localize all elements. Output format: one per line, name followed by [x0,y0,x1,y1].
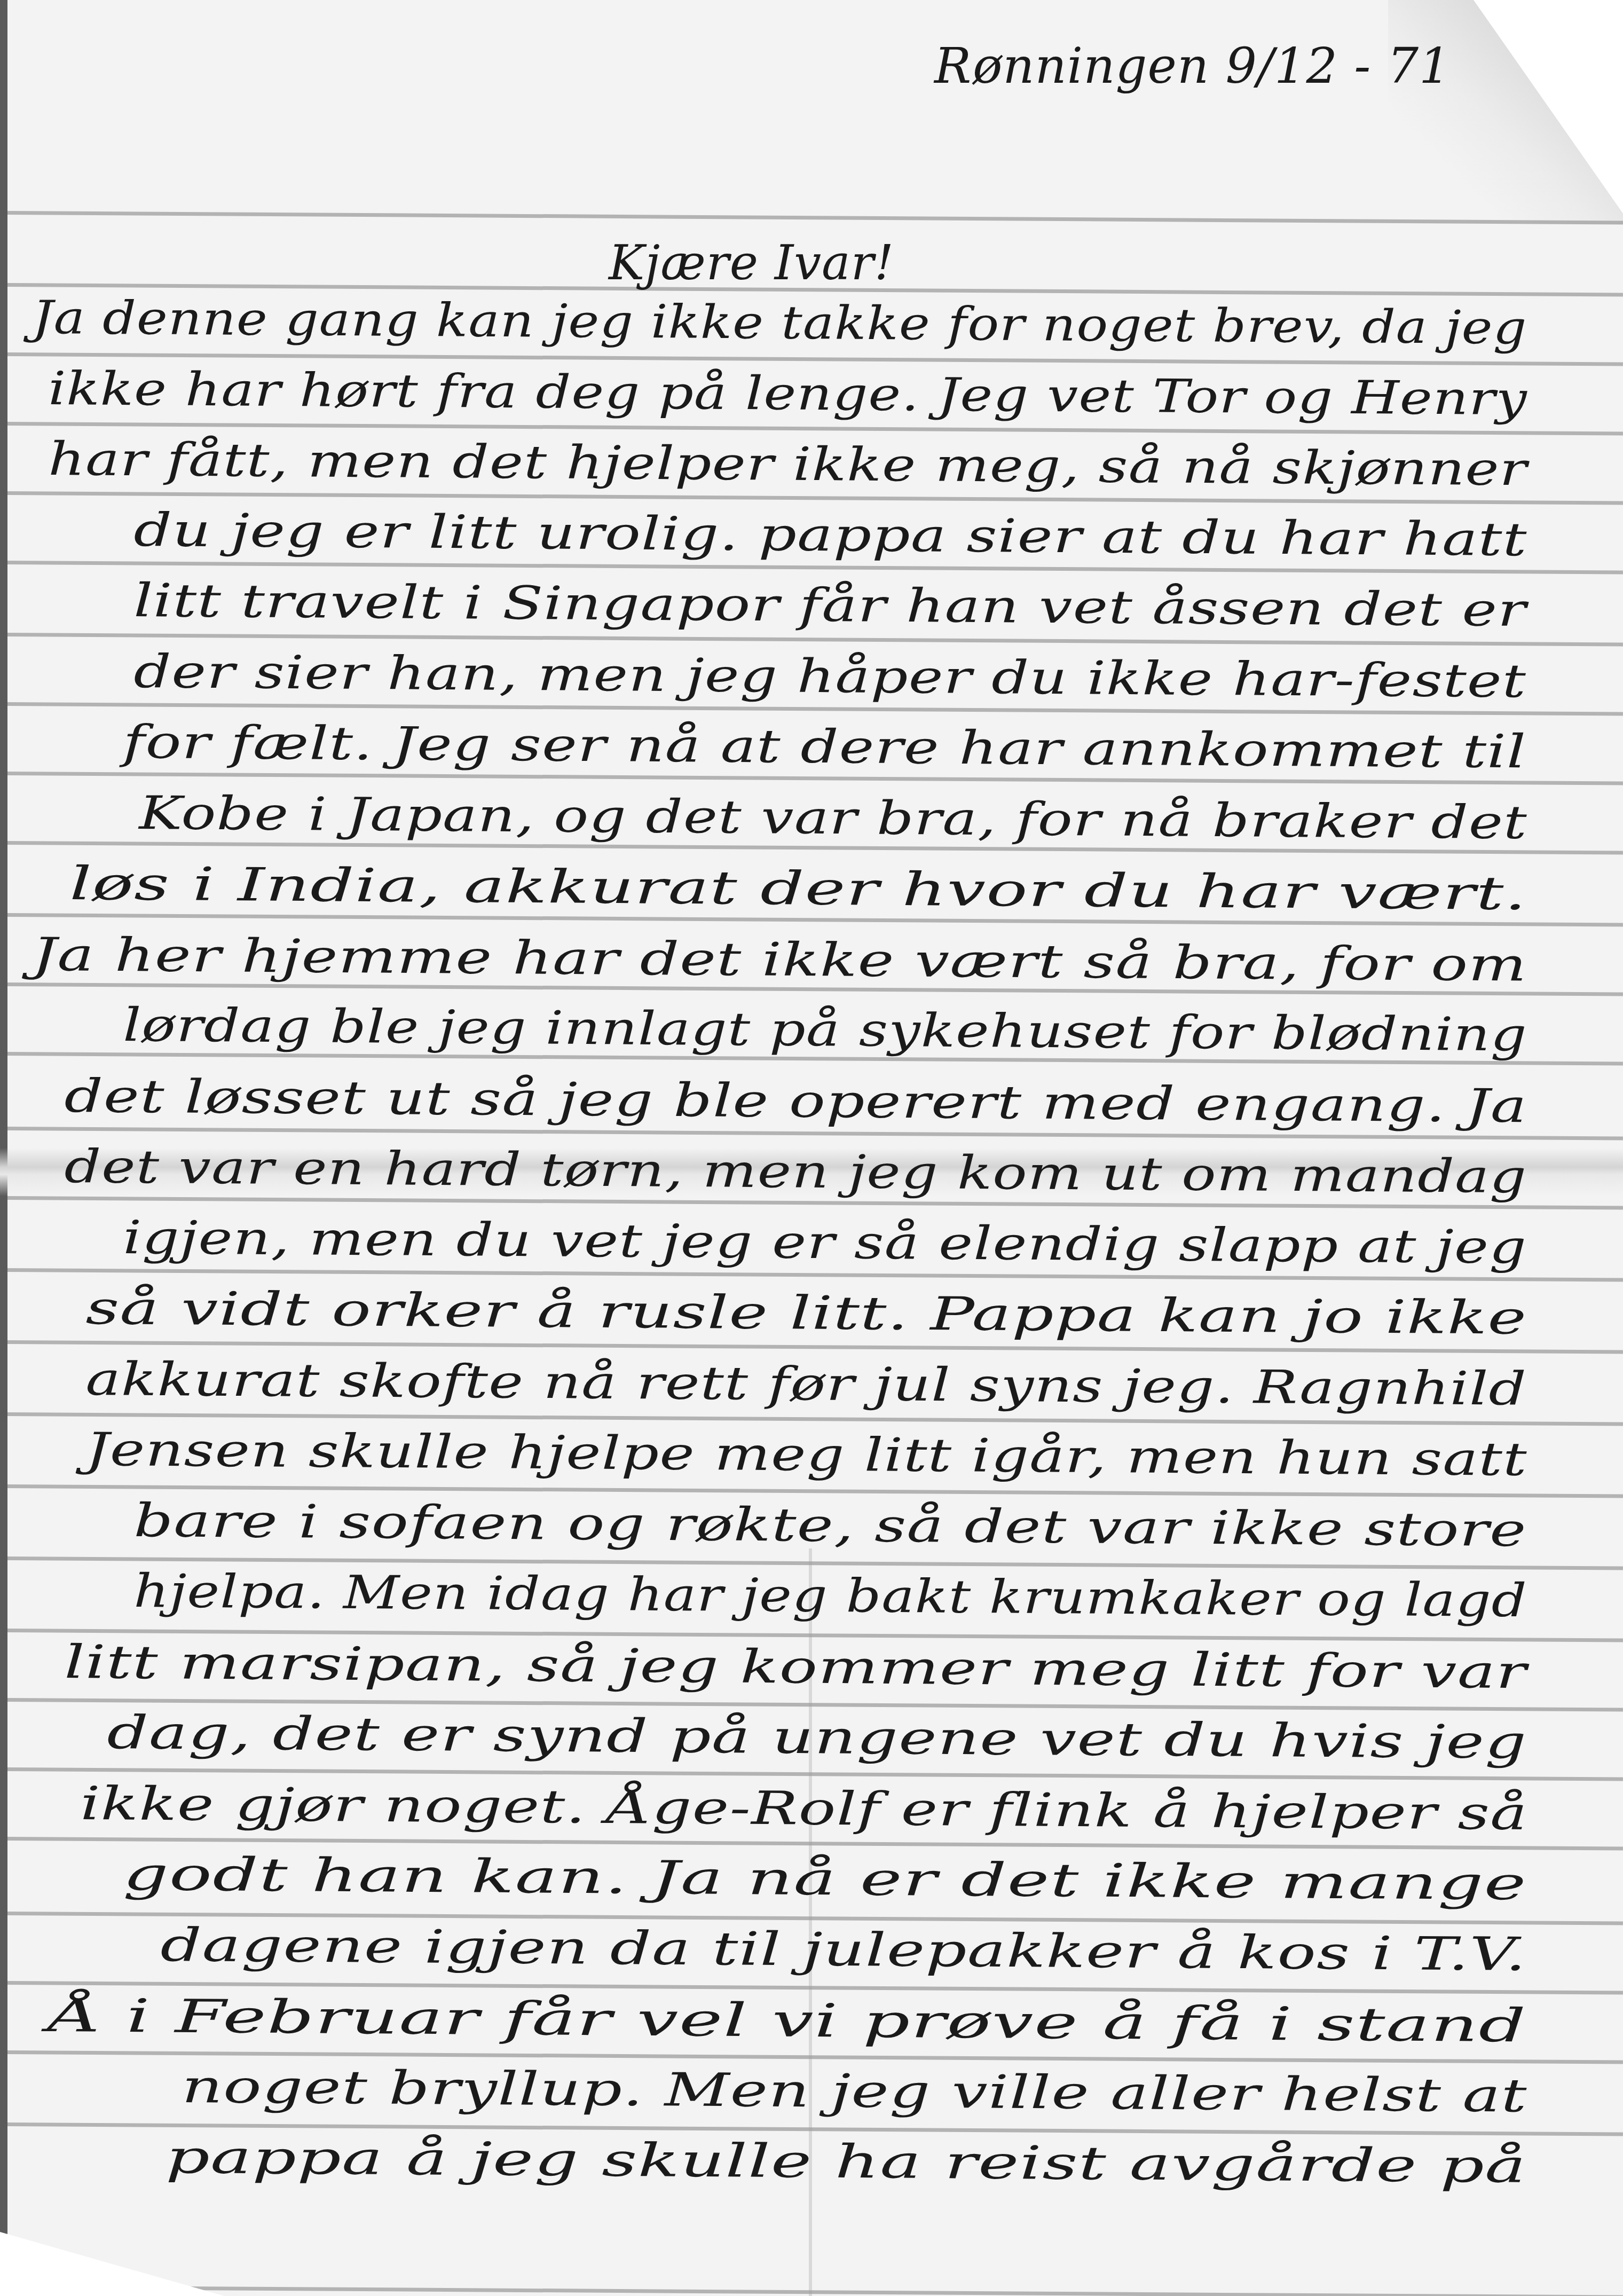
letter-line: Kobe i Japan, og det var bra, for nå bra… [139,787,1527,850]
letter-line: det løsset ut så jeg ble operert med eng… [64,1070,1527,1133]
letter-line: noget bryllup. Men jeg ville aller helst… [182,2060,1527,2123]
letter-line: igjen, men du vet jeg er så elendig slap… [123,1211,1527,1274]
letter-line: litt marsipan, så jeg kommer meg litt fo… [64,1635,1527,1699]
letter-line: lørdag ble jeg innlagt på sykehuset for … [123,998,1527,1061]
ruled-line [7,211,1623,224]
letter-line: løs i India, akkurat der hvor du har vær… [69,857,1527,921]
letter-line: bare i sofaen og røkte, så det var ikke … [133,1494,1527,1557]
letter-line: du jeg er litt urolig. pappa sier at du … [133,504,1527,567]
ruled-line [7,2285,1623,2296]
folded-corner [1388,0,1623,224]
letter-line: dag, det er synd på ungene vet du hvis j… [107,1706,1527,1770]
letter-line: for fælt. Jeg ser nå at dere har annkomm… [123,715,1526,779]
letter-line: det var en hard tørn, men jeg kom ut om … [64,1140,1527,1204]
letter-line: Å i Februar får vel vi prøve å få i stan… [48,1989,1527,2053]
letter-line: Ja denne gang kan jeg ikke takke for nog… [32,291,1527,355]
letter-line: hjelpa. Men idag har jeg bakt krumkaker … [133,1564,1527,1627]
letter-line: har fått, men det hjelper ikke meg, så n… [48,433,1527,496]
letter-line: ikke gjør noget. Åge-Rolf er flink å hje… [80,1777,1528,1841]
letter-line: pappa å jeg skulle ha reist avgårde på [166,2130,1527,2193]
letter-line: Ja her hjemme har det ikke vært så bra, … [32,928,1527,992]
letter-line: litt travelt i Singapor får han vet åsse… [133,574,1527,637]
letter-line: ikke har hørt fra deg på lenge. Jeg vet … [48,362,1527,426]
letter-sheet: Rønningen 9/12 - 71 Kjære Ivar! Ja denne… [0,0,1623,2296]
letter-line: akkurat skofte nå rett før jul syns jeg.… [85,1353,1527,1416]
letter-line: så vidt orker å rusle litt. Pappa kan jo… [85,1281,1527,1345]
letter-line: dagene igjen da til julepakker å kos i T… [160,1918,1527,1982]
letter-line: godt han kan. Ja nå er det ikke mange [123,1847,1527,1910]
letter-line: Jensen skulle hjelpe meg litt igår, men … [85,1423,1527,1487]
salutation: Kjære Ivar! [609,235,894,291]
letter-line: der sier han, men jeg håper du ikke har-… [133,645,1526,708]
place-and-date: Rønningen 9/12 - 71 [934,37,1451,95]
